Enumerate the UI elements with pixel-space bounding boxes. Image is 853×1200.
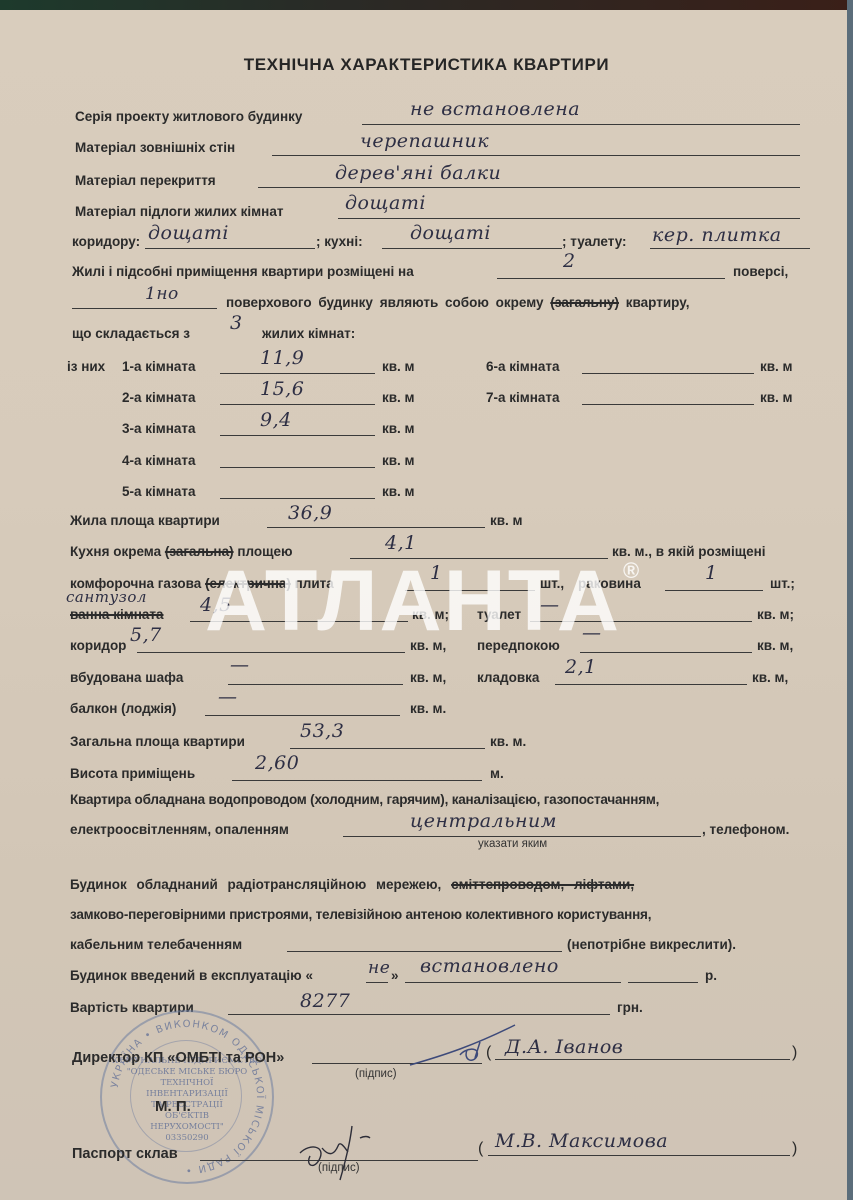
building-line1: Будинок обладнаний радіотрансляційною ме… — [70, 877, 634, 892]
ceiling-material-line — [258, 187, 800, 188]
ceiling-height-value: 2,60 — [255, 752, 299, 774]
room-7-label: 7-а кімната — [486, 390, 560, 405]
room-7-line — [582, 404, 754, 405]
stamp-line: НЕРУХОМОСТІ" — [102, 1122, 272, 1133]
total-area-label: Загальна площа квартири — [70, 734, 245, 749]
utilities-line1: Квартира обладнана водопроводом (холодни… — [70, 792, 659, 807]
wardrobe-label: вбудована шафа — [70, 670, 183, 685]
compiled-name-close-paren: ) — [792, 1140, 797, 1158]
director-sign-hint: (підпис) — [355, 1068, 397, 1080]
rooms-count-suffix: жилих кімнат: — [262, 326, 355, 341]
room-5-unit: кв. м — [382, 484, 415, 499]
commissioned-month-line — [405, 982, 621, 983]
ceiling-material-value: дерев'яні балки — [335, 162, 501, 184]
room-4-label: 4-а кімната — [122, 453, 196, 468]
ceiling-height-label: Висота приміщень — [70, 766, 195, 781]
room-5-line — [220, 498, 375, 499]
watermark-logo: АТЛАНТА® — [205, 552, 641, 651]
project-series-value: не встановлена — [410, 98, 580, 120]
floor-location-value: 2 — [563, 250, 576, 272]
commissioned-year-line — [628, 982, 698, 983]
living-area-value: 36,9 — [288, 502, 332, 524]
building-floors-text: поверхового будинку являють собою окрему… — [226, 295, 689, 310]
building-line1-a: Будинок обладнаний радіотрансляційною ме… — [70, 877, 441, 892]
seal-label: М. П. — [155, 1098, 191, 1115]
commissioned-value: встановлено — [420, 955, 559, 977]
room-2-line — [220, 404, 375, 405]
floor-location-line — [497, 278, 725, 279]
hallway-line — [580, 652, 752, 653]
director-name-line — [495, 1059, 790, 1060]
compiled-sign-hint: (підпис) — [318, 1162, 360, 1174]
corridor-line — [137, 652, 405, 653]
building-floors-text-b: квартиру, — [626, 295, 690, 310]
compiled-name-open-paren: ( — [478, 1140, 483, 1158]
floor-living-line — [338, 218, 800, 219]
floor-toilet-value: кер. плитка — [652, 224, 782, 246]
utilities-line2-label: електроосвітленням, опаленням — [70, 822, 289, 837]
wall-material-line — [272, 155, 800, 156]
photo-background-edge — [847, 0, 853, 1200]
storage-unit: кв. м, — [752, 670, 788, 685]
utilities-line2-suffix: , телефоном. — [702, 822, 789, 837]
living-area-unit: кв. м — [490, 513, 523, 528]
floor-kitchen-value: дощаті — [410, 222, 491, 244]
heating-hint: указати яким — [478, 838, 547, 850]
compiled-name-line — [488, 1155, 790, 1156]
floor-toilet-line — [650, 248, 810, 249]
room-2-unit: кв. м — [382, 390, 415, 405]
document-title: ТЕХНІЧНА ХАРАКТЕРИСТИКА КВАРТИРИ — [0, 55, 853, 75]
total-area-value: 53,3 — [300, 720, 344, 742]
room-3-line — [220, 435, 375, 436]
floor-corridor-value: дощаті — [148, 222, 229, 244]
building-line1-struck: сміттєпроводом, ліфтами, — [451, 877, 634, 892]
floor-kitchen-label: ; кухні: — [316, 234, 363, 249]
kitchen-label-a: Кухня окрема — [70, 544, 161, 559]
wardrobe-unit: кв. м, — [410, 670, 446, 685]
room-4-line — [220, 467, 375, 468]
rooms-prefix: із них — [67, 359, 105, 374]
compiled-signature — [290, 1118, 380, 1188]
room-6-label: 6-а кімната — [486, 359, 560, 374]
balcony-unit: кв. м. — [410, 701, 446, 716]
wall-material-value: черепашник — [360, 130, 489, 152]
corridor-label: коридор — [70, 638, 126, 653]
storage-value: 2,1 — [565, 656, 597, 678]
director-name-close-paren: ) — [792, 1044, 797, 1062]
sink-line — [665, 590, 763, 591]
toilet-unit: кв. м; — [757, 607, 794, 622]
room-7-unit: кв. м — [760, 390, 793, 405]
commissioned-day: не — [368, 958, 390, 978]
bathroom-struck-label: ванна кімната — [70, 607, 163, 622]
balcony-line — [205, 715, 400, 716]
compiled-name: М.В. Максимова — [495, 1130, 668, 1152]
floor-corridor-line — [145, 248, 315, 249]
stamp-line: 03350290 — [102, 1133, 272, 1144]
ceiling-height-line — [232, 780, 482, 781]
room-3-unit: кв. м — [382, 421, 415, 436]
floor-kitchen-line — [382, 248, 562, 249]
director-label: Директор КП «ОМБТІ та РОН» — [72, 1050, 284, 1066]
cable-tv-line — [287, 951, 562, 952]
living-area-line — [267, 527, 485, 528]
commissioned-mid: » — [391, 968, 399, 983]
room-5-label: 5-а кімната — [122, 484, 196, 499]
ceiling-material-label: Матеріал перекриття — [75, 173, 216, 188]
room-4-unit: кв. м — [382, 453, 415, 468]
storage-label: кладовка — [477, 670, 539, 685]
compiled-label: Паспорт склав — [72, 1146, 178, 1162]
floor-toilet-label: ; туалету: — [562, 234, 627, 249]
floor-living-value: дощаті — [345, 192, 426, 214]
room-1-label: 1-а кімната — [122, 359, 196, 374]
total-area-unit: кв. м. — [490, 734, 526, 749]
total-area-line — [290, 748, 485, 749]
room-1-unit: кв. м — [382, 359, 415, 374]
rooms-count-label: що складається з — [72, 326, 190, 341]
storage-line — [555, 684, 747, 685]
room-1-value: 11,9 — [260, 347, 304, 369]
heating-value: центральним — [410, 810, 557, 832]
balcony-value: — — [218, 686, 238, 708]
wall-material-label: Матеріал зовнішніх стін — [75, 140, 235, 155]
building-floors-struck: (загальну) — [550, 295, 619, 310]
cable-tv-suffix: (непотрібне викреслити). — [567, 937, 736, 952]
ceiling-height-unit: м. — [490, 766, 504, 781]
cost-unit: грн. — [617, 1000, 643, 1015]
floor-location-label: Жилі і підсобні приміщення квартири розм… — [72, 264, 414, 279]
heating-line — [343, 836, 701, 837]
project-series-line — [362, 124, 800, 125]
stamp-line: ТЕХНІЧНОЇ — [102, 1078, 272, 1089]
registered-mark-icon: ® — [623, 558, 641, 583]
wardrobe-line — [228, 684, 403, 685]
commissioned-suffix: р. — [705, 968, 717, 983]
cable-tv-label: кабельним телебаченням — [70, 937, 242, 952]
building-floors-value: 1но — [145, 284, 179, 304]
floor-corridor-label: коридору: — [72, 234, 140, 249]
balcony-label: балкон (лоджія) — [70, 701, 176, 716]
rooms-count-value: 3 — [230, 312, 243, 334]
director-name-open-paren: ( — [486, 1044, 491, 1062]
building-line2: замково-переговірними пристроями, телеві… — [70, 907, 651, 922]
room-3-label: 3-а кімната — [122, 421, 196, 436]
floor-living-label: Матеріал підлоги жилих кімнат — [75, 204, 283, 219]
sink-unit: шт.; — [770, 576, 795, 591]
room-6-line — [582, 373, 754, 374]
building-floors-text-a: поверхового будинку являють собою окрему — [226, 295, 544, 310]
room-3-value: 9,4 — [260, 409, 292, 431]
watermark-text: АТЛАНТА — [205, 553, 621, 649]
sink-value: 1 — [705, 562, 718, 584]
commissioned-day-line — [366, 982, 388, 983]
commissioned-label: Будинок введений в експлуатацію « — [70, 968, 313, 983]
bathroom-handwritten-label: сантузол — [66, 588, 147, 606]
room-1-line — [220, 373, 375, 374]
kitchen-value: 4,1 — [385, 532, 417, 554]
hallway-unit: кв. м, — [757, 638, 793, 653]
cost-line — [228, 1014, 610, 1015]
room-2-label: 2-а кімната — [122, 390, 196, 405]
director-name: Д.А. Іванов — [505, 1036, 623, 1058]
stamp-line: "ОДЕСЬКЕ МІСЬКЕ БЮРО — [102, 1067, 272, 1078]
corridor-value: 5,7 — [130, 624, 162, 646]
building-floors-line — [72, 308, 217, 309]
wardrobe-value: — — [230, 654, 250, 676]
floor-location-suffix: поверсі, — [733, 264, 788, 279]
living-area-label: Жила площа квартири — [70, 513, 220, 528]
project-series-label: Серія проекту житлового будинку — [75, 109, 302, 124]
cost-value: 8277 — [300, 990, 350, 1012]
room-6-unit: кв. м — [760, 359, 793, 374]
room-2-value: 15,6 — [260, 378, 304, 400]
